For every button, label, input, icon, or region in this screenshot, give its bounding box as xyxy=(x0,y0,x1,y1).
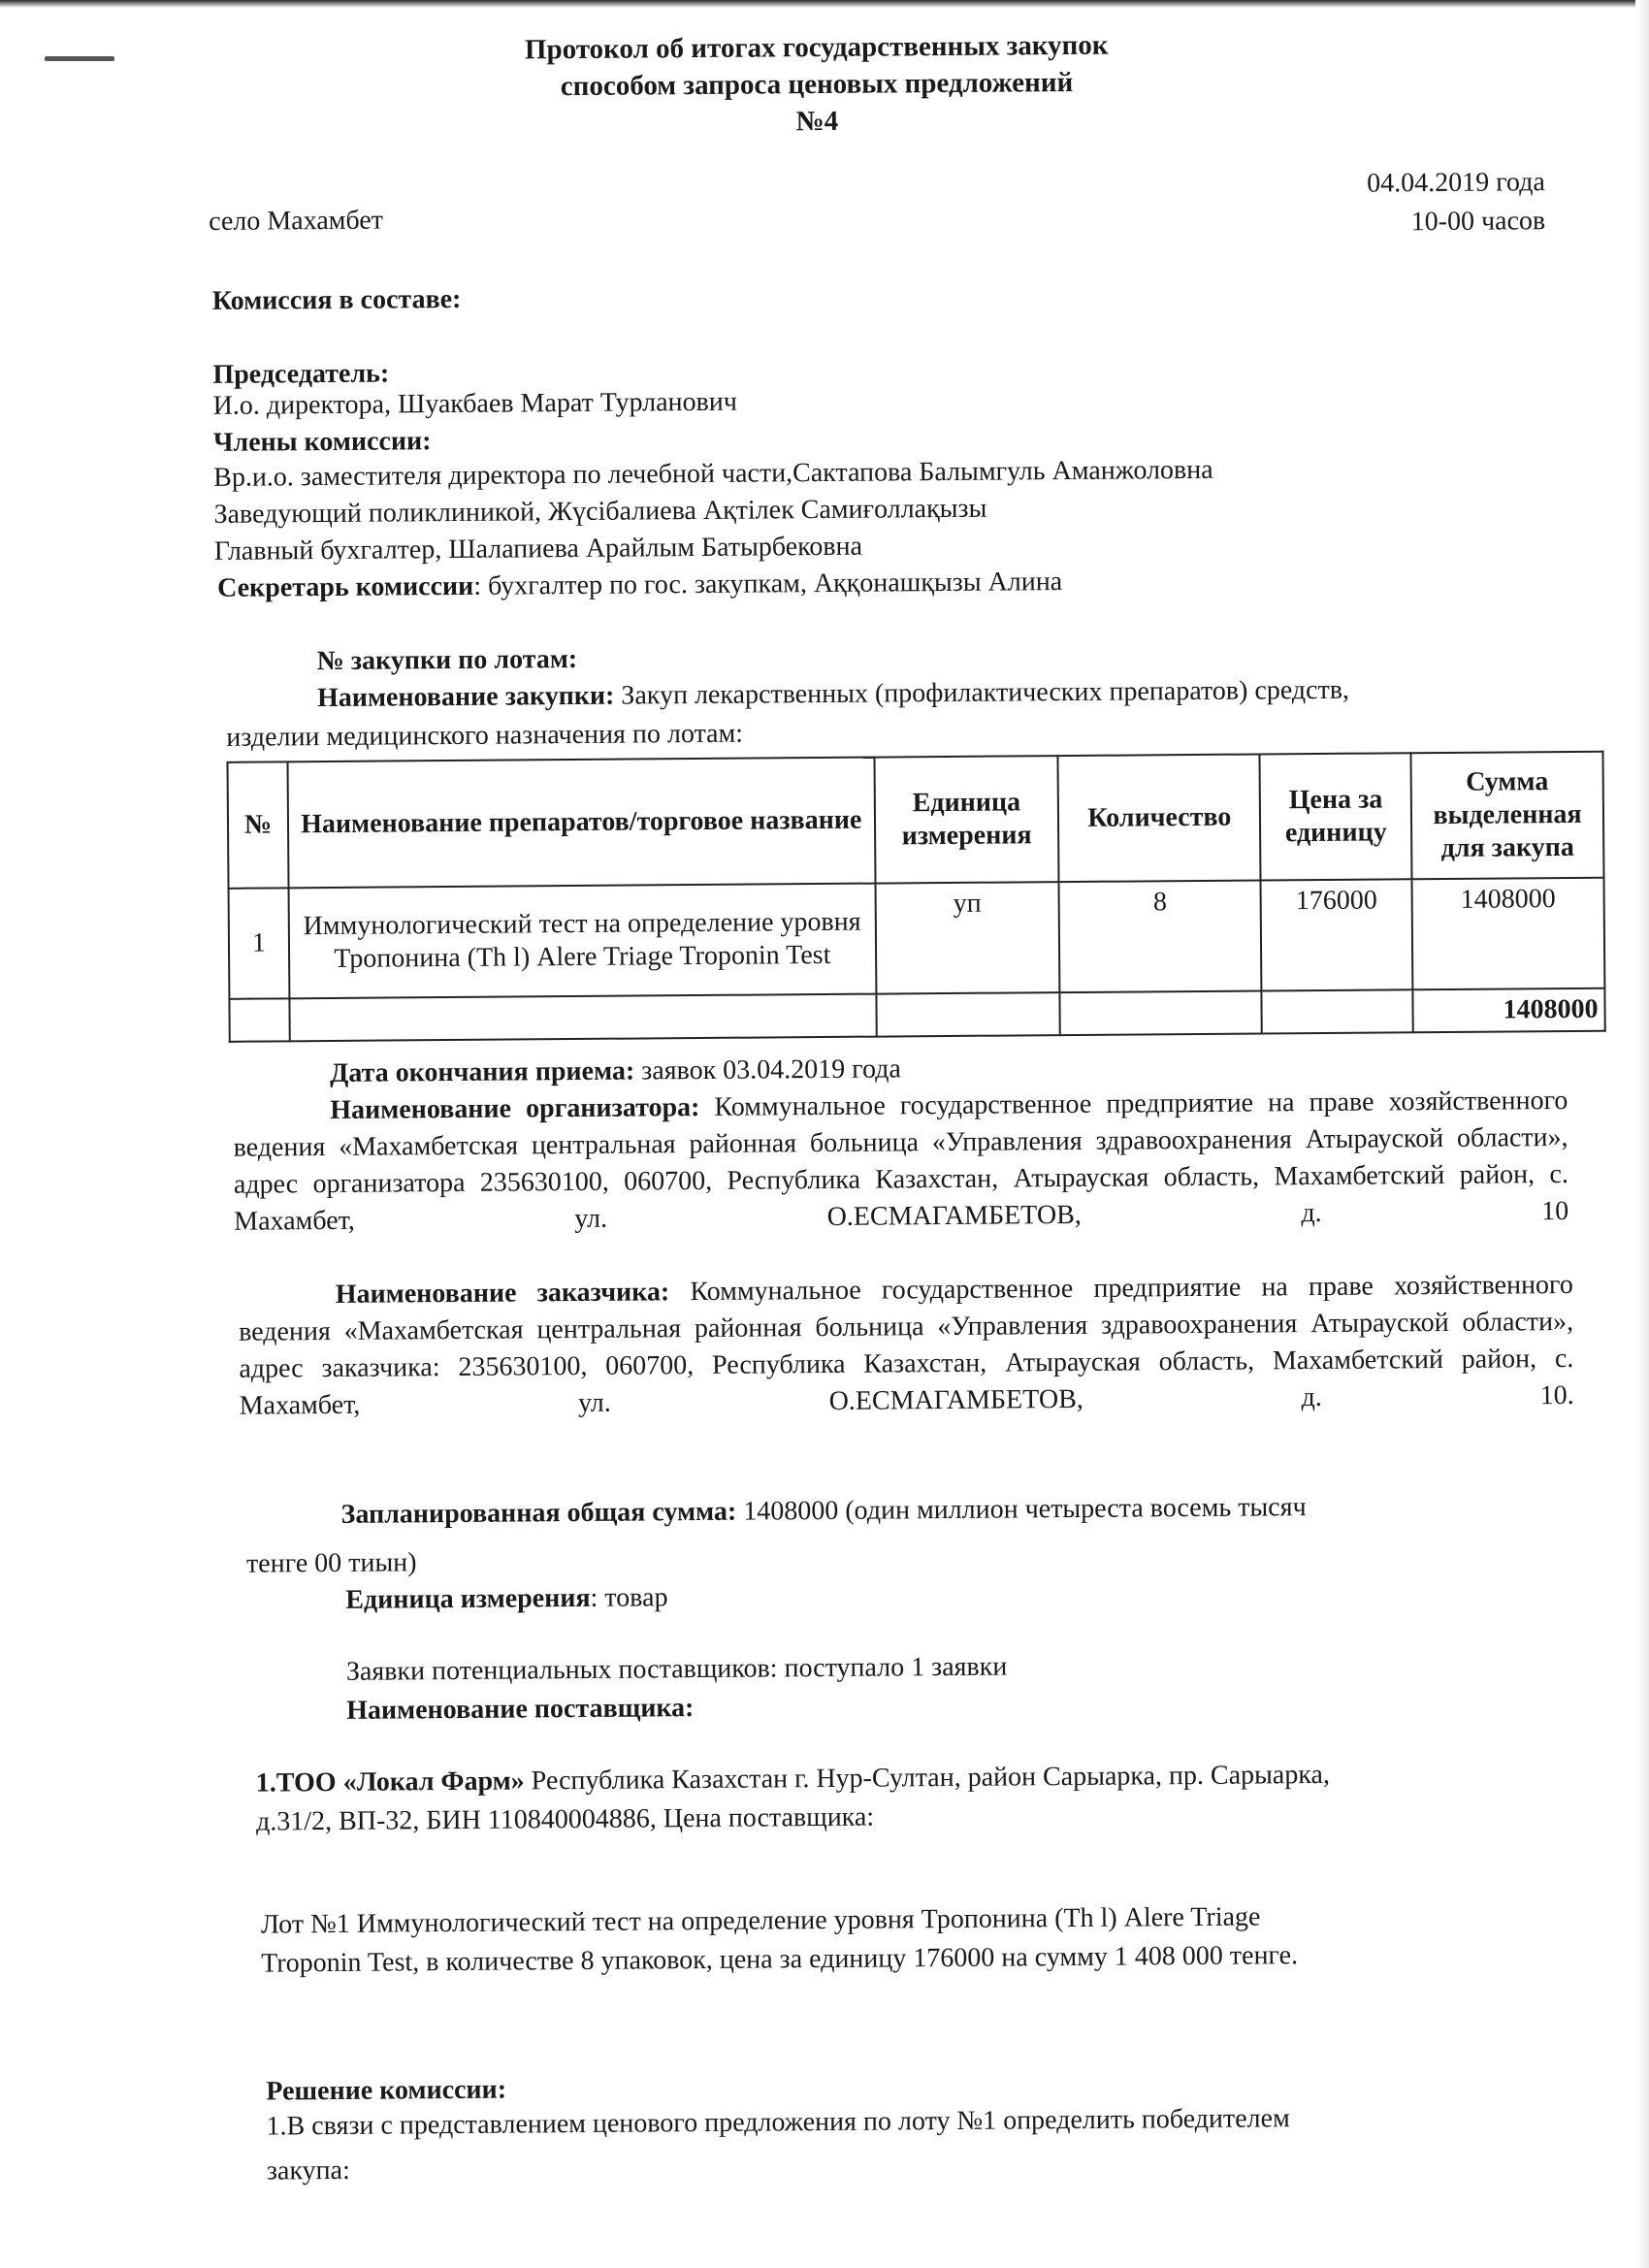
supplier-label: Наименование поставщика: xyxy=(346,1691,695,1729)
cell-price: 176000 xyxy=(1261,879,1413,990)
header-name: Наименование препаратов/торговое названи… xyxy=(287,758,875,889)
supplier-entry: 1.ТОО «Локал Фарм» Республика Казахстан … xyxy=(256,1758,1330,1801)
header-sum: Сумма выделенная для закупа xyxy=(1411,752,1604,880)
organizer: Наименование организатора: Коммунальное … xyxy=(233,1083,1568,1241)
applications-count: Заявки потенциальных поставщиков: поступ… xyxy=(346,1650,1008,1690)
commission-heading: Комиссия в составе: xyxy=(212,282,462,319)
document-time: 10-00 часов xyxy=(1322,204,1545,241)
decision-line-2: закупа: xyxy=(267,2154,350,2189)
cell-unit: уп xyxy=(875,882,1060,993)
lot-offer-line-2: Troponin Test, в количестве 8 упаковок, … xyxy=(261,1938,1298,1981)
decision-heading: Решение комиссии: xyxy=(266,2073,506,2110)
planned-sum: Запланированная общая сумма: 1408000 (од… xyxy=(340,1490,1306,1533)
secretary: Секретарь комиссии: бухгалтер по гос. за… xyxy=(217,565,1062,606)
member-1: Вр.и.о. заместителя директора по лечебно… xyxy=(213,453,1213,496)
unit-of-measure: Единица измерения: товар xyxy=(345,1580,667,1618)
header-unit: Единица измерения xyxy=(874,756,1059,883)
chairman: И.о. директора, Шуакбаев Марат Турланови… xyxy=(212,385,736,424)
members-label: Члены комиссии: xyxy=(213,424,432,461)
lots-table: № Наименование препаратов/торговое назва… xyxy=(227,751,1606,1043)
supplier-entry-cont: д.31/2, ВП-32, БИН 110840004886, Цена по… xyxy=(256,1800,874,1840)
member-2: Заведующий поликлиникой, Жүсібалиева Ақт… xyxy=(213,492,986,533)
cell-name: Иммунологический тест на определение уро… xyxy=(288,884,876,999)
header-num: № xyxy=(228,761,289,888)
cell-num: 1 xyxy=(229,888,290,998)
member-3: Главный бухгалтер, Шалапиева Арайлым Бат… xyxy=(214,530,862,569)
header-price: Цена за единицу xyxy=(1260,753,1412,880)
procurement-name: Наименование закупки: Закуп лекарственны… xyxy=(317,673,1349,716)
document-page: Протокол об итогах государственных закуп… xyxy=(0,0,1649,2268)
lot-offer-line-1: Лот №1 Иммунологический тест на определе… xyxy=(261,1899,1261,1942)
customer: Наименование заказчика: Коммунальное гос… xyxy=(239,1267,1574,1425)
table-header-row: № Наименование препаратов/торговое назва… xyxy=(228,752,1604,889)
document-title: Протокол об итогах государственных закуп… xyxy=(0,22,1641,146)
lots-label: № закупки по лотам: xyxy=(317,642,578,679)
deadline: Дата окончания приема: заявок 03.04.2019… xyxy=(330,1052,901,1091)
table-row: 1 Иммунологический тест на определение у… xyxy=(229,878,1605,999)
cell-total: 1408000 xyxy=(1412,988,1604,1033)
cell-sum: 1408000 xyxy=(1412,878,1605,990)
decision-line-1: 1.В связи с представлением ценового пред… xyxy=(266,2101,1289,2144)
cell-qty: 8 xyxy=(1059,880,1262,992)
header-qty: Количество xyxy=(1058,754,1261,882)
document-place: село Махамбет xyxy=(209,204,383,240)
planned-sum-cont: тенге 00 тиын) xyxy=(246,1545,417,1581)
document-date: 04.04.2019 года xyxy=(1322,165,1545,202)
procurement-name-cont: изделии медицинского назначения по лотам… xyxy=(226,717,743,756)
